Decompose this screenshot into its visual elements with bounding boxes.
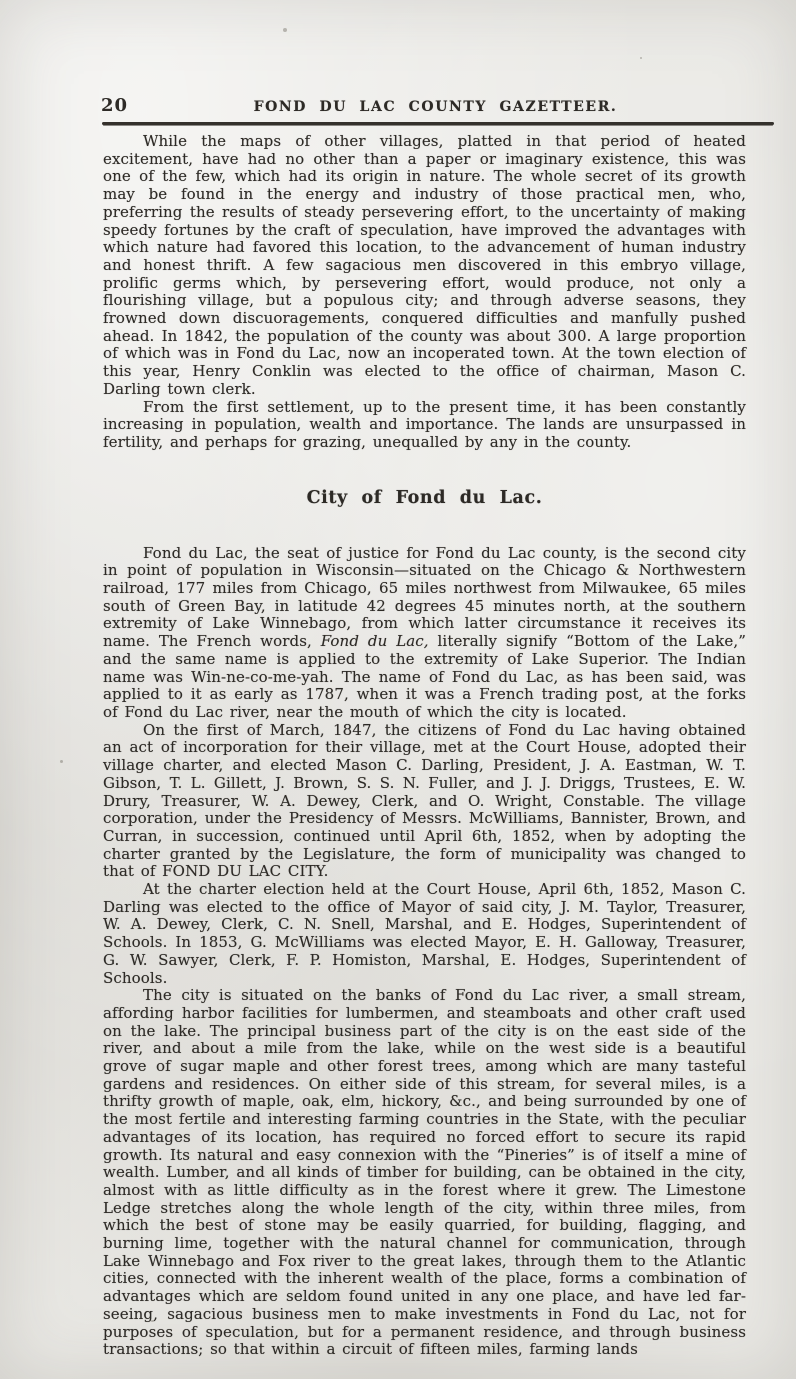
page-body: While the maps of other villages, platte… xyxy=(103,133,746,1359)
paper-speck xyxy=(283,28,287,32)
text-run: While the maps of other villages, platte… xyxy=(103,132,746,398)
section-city-of-fond-du-lac: Fond du Lac, the seat of justice for Fon… xyxy=(103,545,746,1359)
italic-text-run: Fond du Lac, xyxy=(321,632,429,650)
paper-speck xyxy=(640,57,642,59)
paragraph: Fond du Lac, the seat of justice for Fon… xyxy=(103,545,746,722)
text-run: At the charter election held at the Cour… xyxy=(103,880,746,987)
paragraph: From the first settlement, up to the pre… xyxy=(103,399,746,452)
header-rule xyxy=(102,122,774,125)
running-header: FOND DU LAC COUNTY GAZETTEER. xyxy=(103,99,768,115)
section-opening: While the maps of other villages, platte… xyxy=(103,133,746,452)
text-run: The city is situated on the banks of Fon… xyxy=(103,986,746,1358)
text-run: From the first settlement, up to the pre… xyxy=(103,398,746,451)
paragraph: The city is situated on the banks of Fon… xyxy=(103,987,746,1359)
text-run: On the first of March, 1847, the citizen… xyxy=(103,721,746,881)
section-heading: City of Fond du Lac. xyxy=(103,488,746,508)
scanned-book-page: 20 FOND DU LAC COUNTY GAZETTEER. While t… xyxy=(0,0,796,1379)
paragraph: At the charter election held at the Cour… xyxy=(103,881,746,987)
paragraph: On the first of March, 1847, the citizen… xyxy=(103,722,746,881)
paragraph: While the maps of other villages, platte… xyxy=(103,133,746,399)
paper-speck xyxy=(60,760,63,763)
